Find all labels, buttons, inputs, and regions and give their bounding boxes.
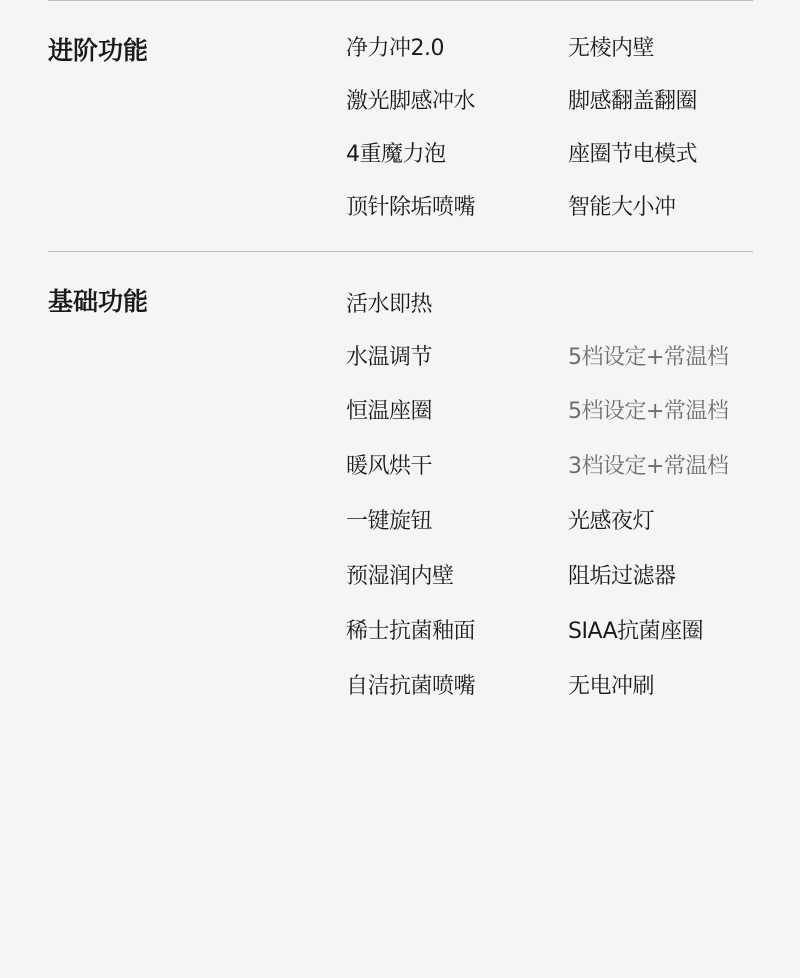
feature-item: 激光脚感冲水	[346, 84, 475, 115]
feature-item: 净力冲2.0	[346, 31, 444, 62]
feature-item: 活水即热	[346, 287, 432, 318]
feature-item: 稀士抗菌釉面	[346, 614, 475, 645]
feature-item: 4重魔力泡	[346, 137, 446, 168]
feature-item: 预湿润内壁	[346, 559, 454, 590]
feature-setting: 5档设定+常温档	[568, 394, 728, 425]
feature-item: 光感夜灯	[568, 504, 654, 535]
section-title: 基础功能	[48, 282, 148, 318]
feature-item: 座圈节电模式	[568, 137, 697, 168]
feature-item: 阻垢过滤器	[568, 559, 676, 590]
top-divider	[48, 0, 753, 1]
feature-item: 暖风烘干	[346, 449, 432, 480]
feature-item: 自洁抗菌喷嘴	[346, 669, 475, 700]
feature-item: 一键旋钮	[346, 504, 432, 535]
feature-item: 无电冲刷	[568, 669, 654, 700]
feature-item: 智能大小冲	[568, 190, 676, 221]
feature-item: 水温调节	[346, 340, 432, 371]
feature-item: 脚感翻盖翻圈	[568, 84, 697, 115]
section-divider	[48, 251, 753, 252]
feature-item: SIAA抗菌座圈	[568, 614, 703, 645]
feature-item: 无棱内壁	[568, 31, 654, 62]
feature-setting: 3档设定+常温档	[568, 449, 728, 480]
feature-item: 恒温座圈	[346, 394, 432, 425]
feature-item: 顶针除垢喷嘴	[346, 190, 475, 221]
section-title: 进阶功能	[48, 31, 148, 67]
feature-setting: 5档设定+常温档	[568, 340, 728, 371]
